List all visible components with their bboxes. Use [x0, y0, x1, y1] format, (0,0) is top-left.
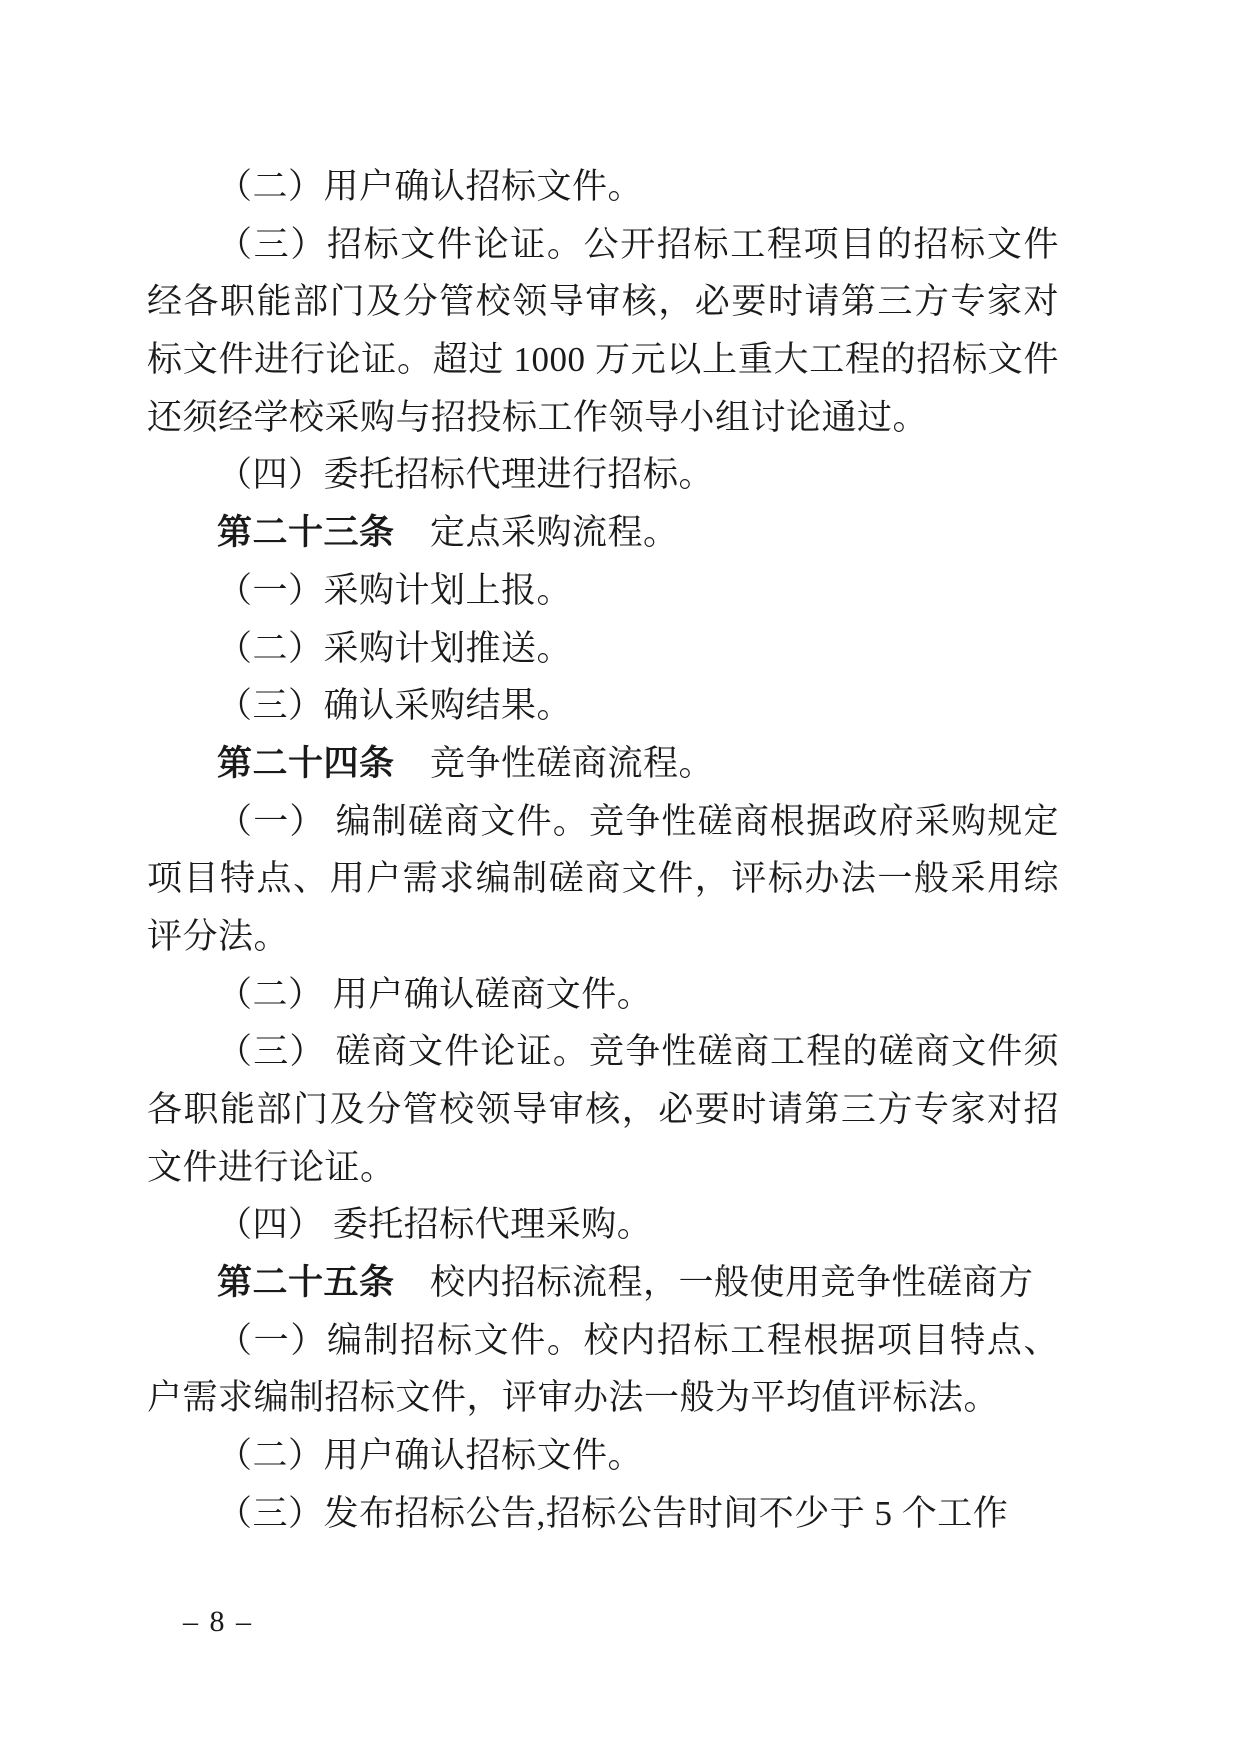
text-line: （四）委托招标代理进行招标。 [147, 446, 1059, 504]
document-body: （二）用户确认招标文件。（三）招标文件论证。公开招标工程项目的招标文件须经各职能… [147, 158, 1059, 1543]
text-line: 文件进行论证。 [147, 1139, 1059, 1197]
text-segment: 经各职能部门及分管校领导审核，必要时请第三方专家对招 [147, 282, 1059, 331]
text-segment: （三）发布招标公告,招标公告时间不少于 5 个工作日。 [147, 1494, 1008, 1543]
text-line: 第二十四条 竞争性磋商流程。 [147, 735, 1059, 793]
text-segment: （三） 磋商文件论证。竞争性磋商工程的磋商文件须经 [147, 1032, 1059, 1081]
text-segment: 各职能部门及分管校领导审核，必要时请第三方专家对招标 [147, 1090, 1059, 1139]
text-line: 评分法。 [147, 908, 1059, 966]
text-segment: 项目特点、用户需求编制磋商文件，评标办法一般采用综合 [147, 859, 1059, 908]
text-line: （一）编制招标文件。校内招标工程根据项目特点、用 [147, 1312, 1059, 1370]
article-heading-term: 第二十四条 [217, 744, 395, 783]
page-number: – 8 – [183, 1603, 253, 1641]
text-line: （三）确认采购结果。 [147, 677, 1059, 735]
text-line: 经各职能部门及分管校领导审核，必要时请第三方专家对招 [147, 273, 1059, 331]
text-line: （二）用户确认招标文件。 [147, 158, 1059, 216]
text-segment: （三）招标文件论证。公开招标工程项目的招标文件须 [147, 225, 1059, 274]
text-line: 还须经学校采购与招投标工作领导小组讨论通过。 [147, 389, 1059, 447]
article-heading-term: 第二十三条 [217, 513, 395, 552]
text-segment: （四） 委托招标代理采购。 [217, 1205, 652, 1244]
text-line: 户需求编制招标文件，评审办法一般为平均值评标法。 [147, 1369, 1059, 1427]
text-line: 各职能部门及分管校领导审核，必要时请第三方专家对招标 [147, 1081, 1059, 1139]
text-line: （三）发布招标公告,招标公告时间不少于 5 个工作日。 [147, 1485, 1059, 1543]
text-line: （二）采购计划推送。 [147, 620, 1059, 678]
text-segment: 标文件进行论证。超过 1000 万元以上重大工程的招标文件 [147, 340, 1059, 379]
text-line: （二）用户确认招标文件。 [147, 1427, 1059, 1485]
text-line: （一） 编制磋商文件。竞争性磋商根据政府采购规定和 [147, 793, 1059, 851]
text-segment: （二）用户确认招标文件。 [217, 1436, 643, 1475]
text-segment: （三）确认采购结果。 [217, 686, 572, 725]
text-segment: 文件进行论证。 [147, 1148, 396, 1187]
text-segment: （二）用户确认招标文件。 [217, 167, 643, 206]
text-segment: （一） 编制磋商文件。竞争性磋商根据政府采购规定和 [147, 802, 1059, 851]
text-segment: 还须经学校采购与招投标工作领导小组讨论通过。 [147, 398, 928, 437]
text-line: （四） 委托招标代理采购。 [147, 1196, 1059, 1254]
article-heading-term: 第二十五条 [217, 1263, 395, 1302]
text-segment: 定点采购流程。 [395, 513, 679, 552]
text-segment: （四）委托招标代理进行招标。 [217, 455, 714, 494]
text-line: 第二十三条 定点采购流程。 [147, 504, 1059, 562]
text-segment: （一）采购计划上报。 [217, 571, 572, 610]
text-segment: （二）采购计划推送。 [217, 629, 572, 668]
text-line: （三） 磋商文件论证。竞争性磋商工程的磋商文件须经 [147, 1023, 1059, 1081]
text-line: （三）招标文件论证。公开招标工程项目的招标文件须 [147, 216, 1059, 274]
text-line: 标文件进行论证。超过 1000 万元以上重大工程的招标文件 [147, 331, 1059, 389]
text-line: （二） 用户确认磋商文件。 [147, 966, 1059, 1024]
text-segment: （一）编制招标文件。校内招标工程根据项目特点、用 [147, 1321, 1059, 1370]
text-segment: 评分法。 [147, 917, 289, 956]
text-line: （一）采购计划上报。 [147, 562, 1059, 620]
text-line: 第二十五条 校内招标流程，一般使用竞争性磋商方式。 [147, 1254, 1059, 1312]
document-page: （二）用户确认招标文件。（三）招标文件论证。公开招标工程项目的招标文件须经各职能… [0, 0, 1240, 1753]
text-segment: 竞争性磋商流程。 [395, 744, 715, 783]
text-line: 项目特点、用户需求编制磋商文件，评标办法一般采用综合 [147, 850, 1059, 908]
text-segment: 户需求编制招标文件，评审办法一般为平均值评标法。 [147, 1378, 999, 1417]
text-segment: （二） 用户确认磋商文件。 [217, 975, 652, 1014]
